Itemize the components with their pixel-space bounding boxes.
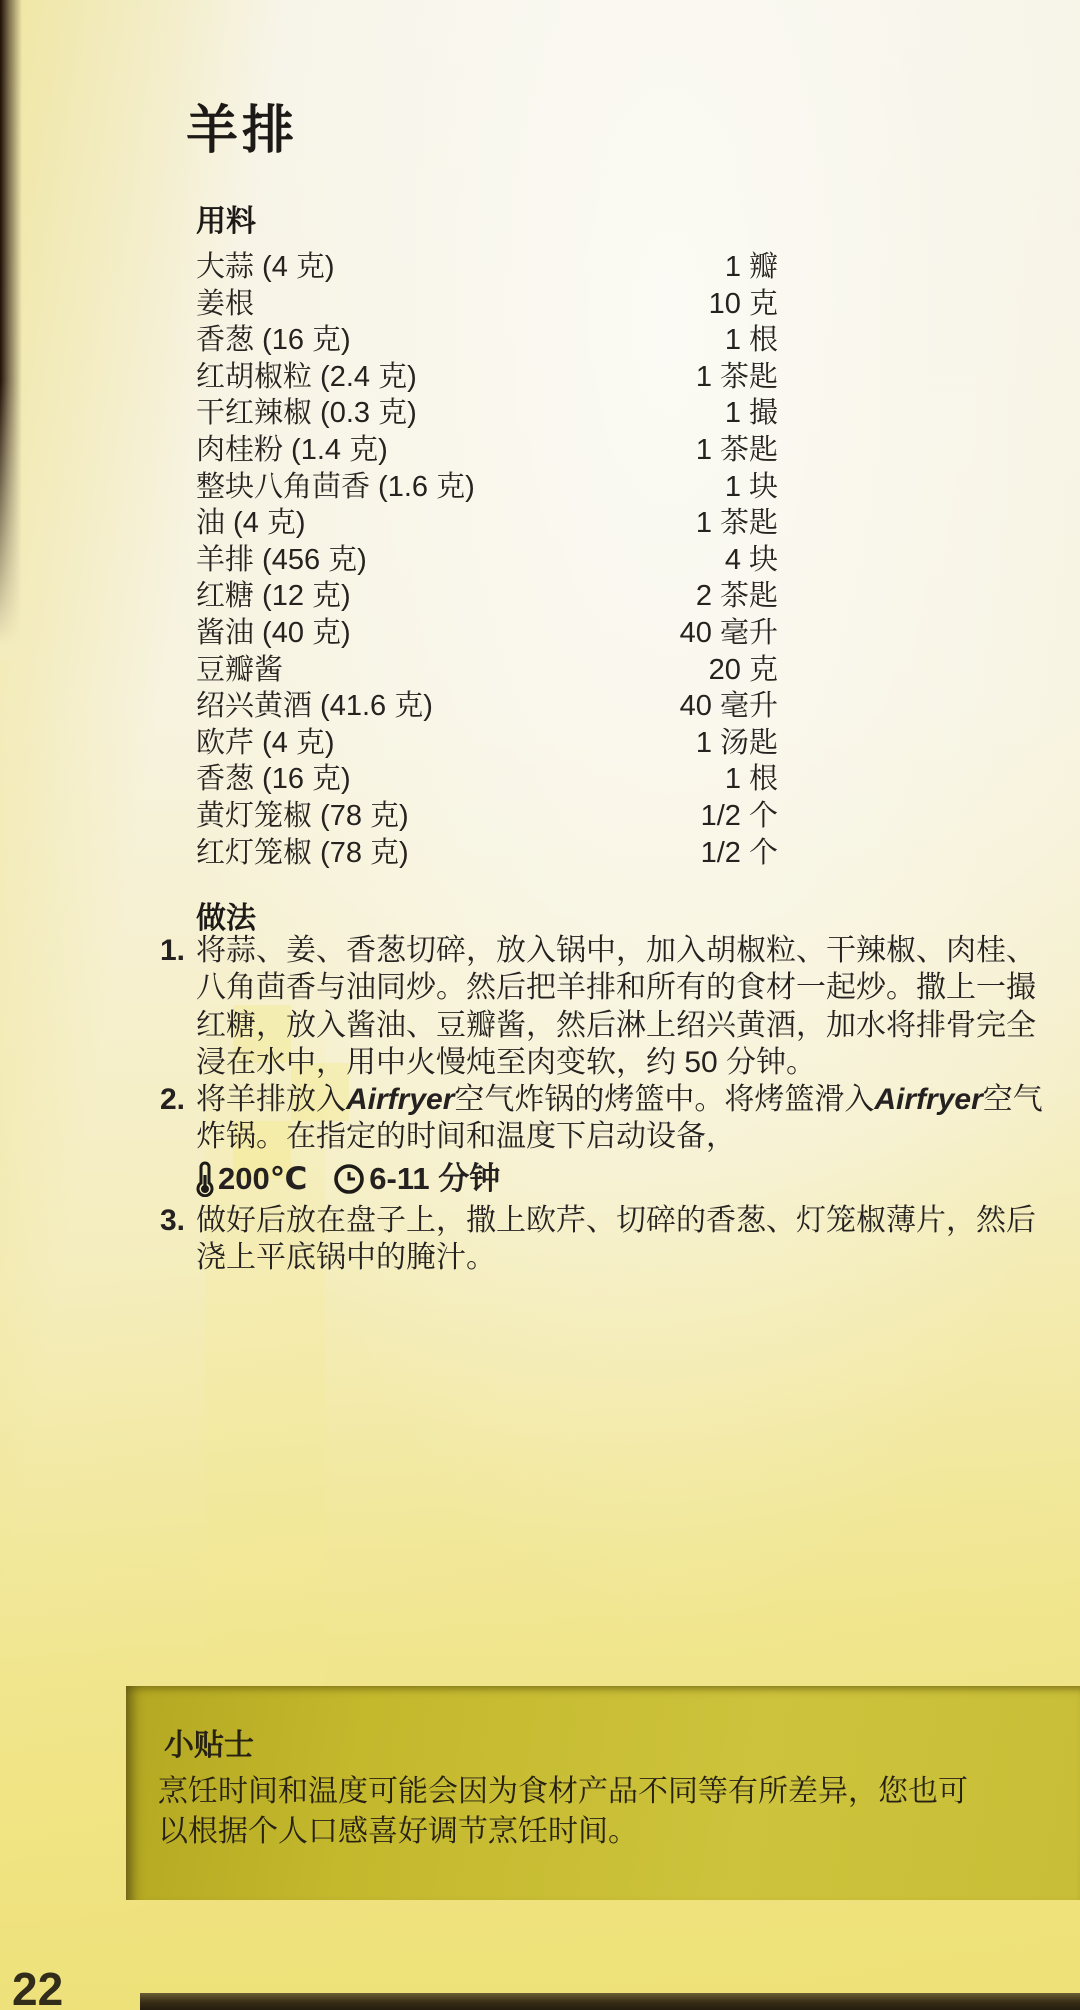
ingredient-row: 绍兴黄酒 (41.6 克)40 毫升 bbox=[196, 688, 778, 725]
ingredient-amount: 1 茶匙 bbox=[696, 432, 778, 469]
method-steps: 1. 将蒜、姜、香葱切碎，放入锅中，加入胡椒粒、干辣椒、肉桂、 八角茴香与油同炒… bbox=[160, 932, 990, 1276]
ingredient-name: 肉桂粉 (1.4 克) bbox=[196, 432, 388, 469]
step-number: 1. bbox=[160, 932, 196, 1081]
ingredient-amount: 1 根 bbox=[725, 322, 778, 359]
tip-box: 小贴士 烹饪时间和温度可能会因为食材产品不同等有所差异，您也可 以根据个人口感喜… bbox=[126, 1686, 1080, 1900]
ingredient-amount: 40 毫升 bbox=[680, 688, 778, 725]
ingredient-amount: 1 块 bbox=[725, 469, 778, 506]
ingredient-row: 香葱 (16 克)1 根 bbox=[196, 761, 778, 798]
ingredients-list: 大蒜 (4 克)1 瓣 姜根10 克 香葱 (16 克)1 根 红胡椒粒 (2.… bbox=[196, 249, 778, 871]
ingredient-name: 大蒜 (4 克) bbox=[196, 249, 335, 286]
ingredient-amount: 1 瓣 bbox=[725, 249, 778, 286]
ingredient-name: 豆瓣酱 bbox=[196, 652, 283, 689]
ingredient-amount: 1/2 个 bbox=[701, 798, 778, 835]
ingredient-name: 红胡椒粒 (2.4 克) bbox=[196, 359, 417, 396]
step-text-segment: 空气炸锅的烤篮中。将烤篮滑入 bbox=[454, 1083, 874, 1116]
step-number: 2. bbox=[160, 1081, 196, 1202]
ingredient-row: 整块八角茴香 (1.6 克)1 块 bbox=[196, 469, 778, 506]
ingredient-row: 羊排 (456 克)4 块 bbox=[196, 542, 778, 579]
ingredient-amount: 20 克 bbox=[709, 652, 778, 689]
ingredients-heading: 用料 bbox=[196, 196, 256, 240]
ingredient-name: 姜根 bbox=[196, 286, 254, 323]
step-line: 炸锅。在指定的时间和温度下启动设备， bbox=[196, 1118, 1043, 1155]
ingredient-amount: 1/2 个 bbox=[701, 835, 778, 872]
ingredient-amount: 40 毫升 bbox=[680, 615, 778, 652]
ingredient-name: 绍兴黄酒 (41.6 克) bbox=[196, 688, 433, 725]
ingredient-row: 红灯笼椒 (78 克)1/2 个 bbox=[196, 835, 778, 872]
ingredient-amount: 1 茶匙 bbox=[696, 505, 778, 542]
ingredient-name: 整块八角茴香 (1.6 克) bbox=[196, 469, 475, 506]
tip-line: 烹饪时间和温度可能会因为食材产品不同等有所差异，您也可 bbox=[158, 1772, 1080, 1812]
cook-settings: 200℃ 6-11 分钟 bbox=[196, 1156, 1043, 1202]
ingredient-amount: 1 撮 bbox=[725, 395, 778, 432]
cookbook-page: 羊排 用料 大蒜 (4 克)1 瓣 姜根10 克 香葱 (16 克)1 根 红胡… bbox=[0, 0, 1080, 2010]
ingredient-row: 红胡椒粒 (2.4 克)1 茶匙 bbox=[196, 359, 778, 396]
step-line: 将蒜、姜、香葱切碎，放入锅中，加入胡椒粒、干辣椒、肉桂、 bbox=[196, 932, 1036, 969]
method-step-1: 1. 将蒜、姜、香葱切碎，放入锅中，加入胡椒粒、干辣椒、肉桂、 八角茴香与油同炒… bbox=[160, 932, 990, 1081]
ingredient-name: 欧芹 (4 克) bbox=[196, 725, 335, 762]
ingredient-amount: 4 块 bbox=[725, 542, 778, 579]
step-line: 八角茴香与油同炒。然后把羊排和所有的食材一起炒。撒上一撮 bbox=[196, 969, 1036, 1006]
ingredient-name: 红灯笼椒 (78 克) bbox=[196, 835, 409, 872]
ingredient-row: 干红辣椒 (0.3 克)1 撮 bbox=[196, 395, 778, 432]
method-step-2: 2. 将羊排放入Airfryer空气炸锅的烤篮中。将烤篮滑入Airfryer空气… bbox=[160, 1081, 990, 1202]
ingredient-row: 油 (4 克)1 茶匙 bbox=[196, 505, 778, 542]
ingredient-row: 欧芹 (4 克)1 汤匙 bbox=[196, 725, 778, 762]
ingredient-name: 红糖 (12 克) bbox=[196, 578, 351, 615]
photo-edge-band bbox=[140, 1993, 1080, 2010]
ingredient-row: 肉桂粉 (1.4 克)1 茶匙 bbox=[196, 432, 778, 469]
ingredient-amount: 1 汤匙 bbox=[696, 725, 778, 762]
method-step-3: 3. 做好后放在盘子上，撒上欧芹、切碎的香葱、灯笼椒薄片，然后 浇上平底锅中的腌… bbox=[160, 1202, 990, 1277]
ingredient-name: 香葱 (16 克) bbox=[196, 761, 351, 798]
step-line: 做好后放在盘子上，撒上欧芹、切碎的香葱、灯笼椒薄片，然后 bbox=[196, 1202, 1036, 1239]
step-text-segment: 空气 bbox=[983, 1083, 1043, 1116]
step-text-segment: 将羊排放入 bbox=[196, 1083, 346, 1116]
ingredient-amount: 10 克 bbox=[709, 286, 778, 323]
step-text: 将蒜、姜、香葱切碎，放入锅中，加入胡椒粒、干辣椒、肉桂、 八角茴香与油同炒。然后… bbox=[196, 932, 1036, 1081]
ingredient-name: 酱油 (40 克) bbox=[196, 615, 351, 652]
temperature-value: 200℃ bbox=[218, 1160, 307, 1197]
ingredient-row: 豆瓣酱20 克 bbox=[196, 652, 778, 689]
step-text: 将羊排放入Airfryer空气炸锅的烤篮中。将烤篮滑入Airfryer空气 炸锅… bbox=[196, 1081, 1043, 1202]
airfryer-brand-text: Airfryer bbox=[346, 1083, 454, 1116]
ingredient-row: 黄灯笼椒 (78 克)1/2 个 bbox=[196, 798, 778, 835]
ingredient-row: 酱油 (40 克)40 毫升 bbox=[196, 615, 778, 652]
tip-line: 以根据个人口感喜好调节烹饪时间。 bbox=[158, 1812, 1080, 1852]
ingredient-name: 香葱 (16 克) bbox=[196, 322, 351, 359]
thermometer-icon bbox=[196, 1161, 214, 1197]
step-number: 3. bbox=[160, 1202, 196, 1277]
method-heading: 做法 bbox=[196, 893, 256, 937]
step-line: 红糖，放入酱油、豆瓣酱，然后淋上绍兴黄酒，加水将排骨完全 bbox=[196, 1007, 1036, 1044]
ingredient-name: 油 (4 克) bbox=[196, 505, 306, 542]
ingredient-row: 大蒜 (4 克)1 瓣 bbox=[196, 249, 778, 286]
time-value: 6-11 分钟 bbox=[369, 1160, 500, 1197]
ingredient-amount: 1 茶匙 bbox=[696, 359, 778, 396]
airfryer-brand-text: Airfryer bbox=[874, 1083, 982, 1116]
clock-icon bbox=[333, 1163, 365, 1195]
ingredient-amount: 1 根 bbox=[725, 761, 778, 798]
page-number: 22 bbox=[12, 1962, 63, 2010]
step-line: 浇上平底锅中的腌汁。 bbox=[196, 1239, 1036, 1276]
ingredient-row: 姜根10 克 bbox=[196, 286, 778, 323]
step-line: 将羊排放入Airfryer空气炸锅的烤篮中。将烤篮滑入Airfryer空气 bbox=[196, 1081, 1043, 1118]
ingredient-name: 黄灯笼椒 (78 克) bbox=[196, 798, 409, 835]
ingredient-name: 干红辣椒 (0.3 克) bbox=[196, 395, 417, 432]
ingredient-amount: 2 茶匙 bbox=[696, 578, 778, 615]
tip-heading: 小贴士 bbox=[164, 1720, 1080, 1764]
book-binding-shadow bbox=[0, 0, 22, 660]
step-text: 做好后放在盘子上，撒上欧芹、切碎的香葱、灯笼椒薄片，然后 浇上平底锅中的腌汁。 bbox=[196, 1202, 1036, 1277]
ingredient-row: 红糖 (12 克)2 茶匙 bbox=[196, 578, 778, 615]
step-line: 浸在水中，用中火慢炖至肉变软，约 50 分钟。 bbox=[196, 1044, 1036, 1081]
ingredient-row: 香葱 (16 克)1 根 bbox=[196, 322, 778, 359]
recipe-title: 羊排 bbox=[186, 88, 298, 163]
ingredient-name: 羊排 (456 克) bbox=[196, 542, 367, 579]
